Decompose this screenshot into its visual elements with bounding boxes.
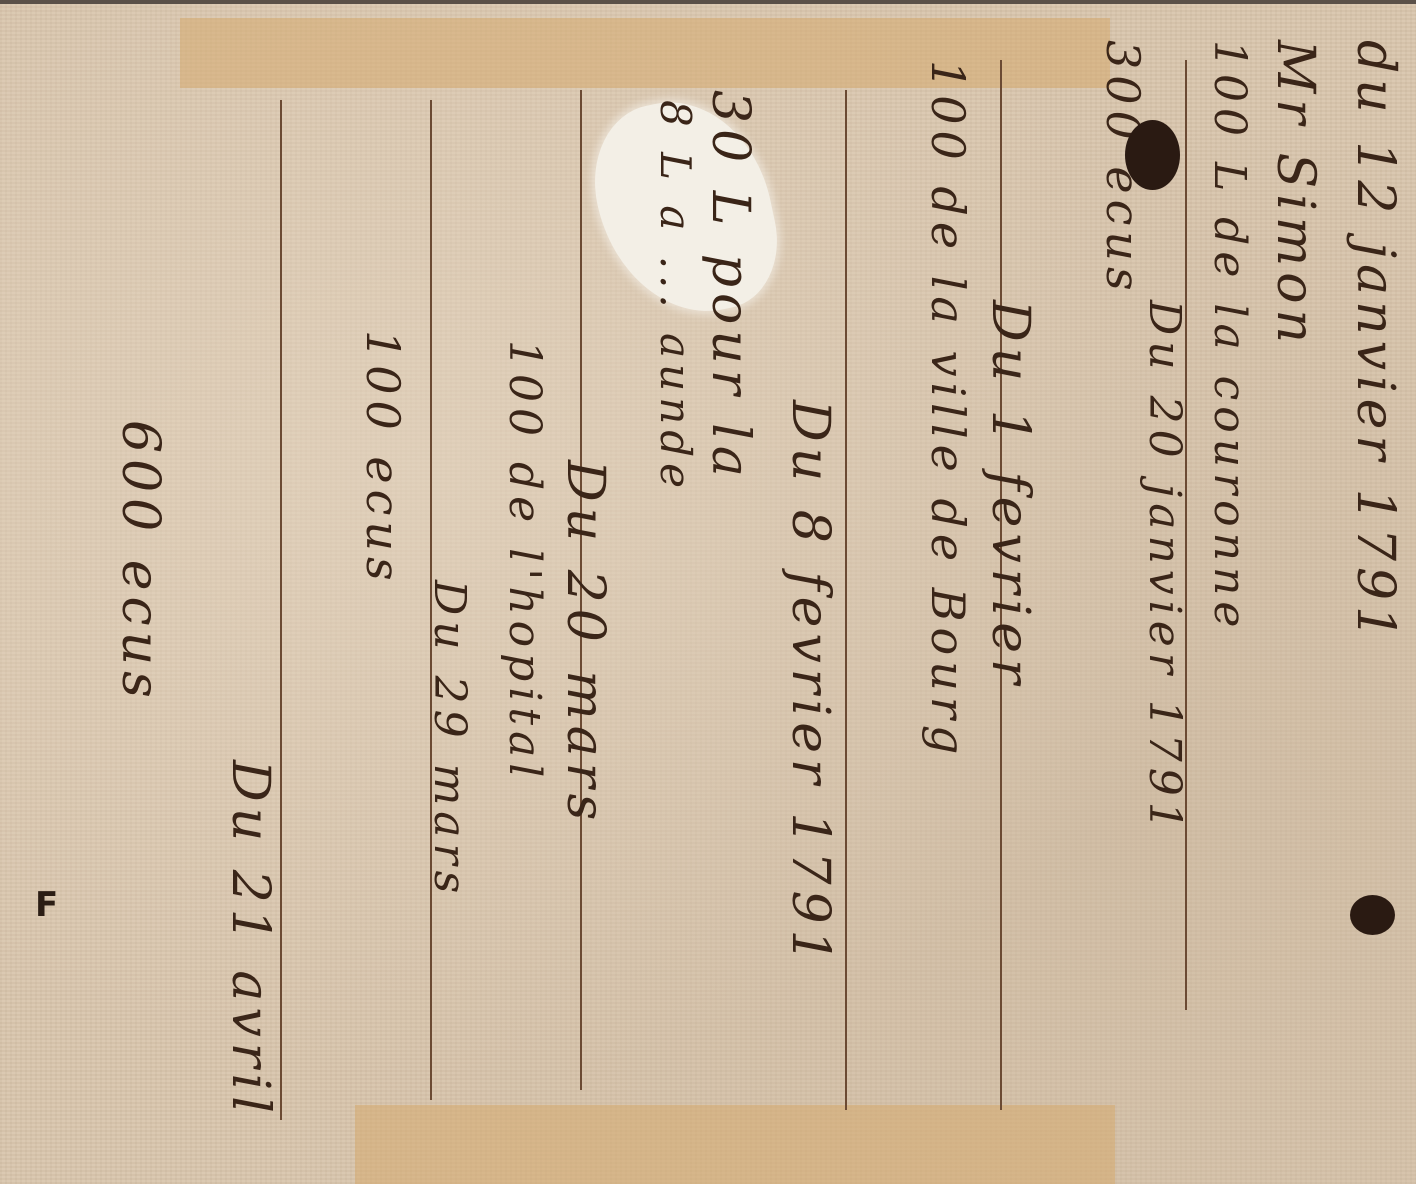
entry-line: Du 1 fevrier — [980, 0, 1040, 1184]
ruled-line — [845, 90, 847, 1110]
entry-line: 600 ecus — [110, 0, 170, 1184]
ruled-line — [280, 100, 282, 1120]
entry-line: 100 de l'hopital — [490, 0, 550, 1184]
entry-line: Du 21 avril — [220, 0, 280, 1184]
entry-line: 100 de la ville de Bourg — [915, 0, 975, 1184]
corner-mark: F — [35, 885, 58, 925]
entry-line: 30 L pour la — [700, 0, 760, 1184]
entry-line: Mr Simon — [1265, 0, 1325, 1184]
ink-blot — [1125, 120, 1180, 190]
entry-line: 100 ecus — [350, 0, 410, 1184]
entry-line: 8 L a ... aunde — [640, 0, 700, 1184]
entry-line: Du 8 fevrier 1791 — [780, 0, 840, 1184]
entry-line: 100 L de la couronne — [1195, 0, 1255, 1184]
entry-line: Du 29 mars — [415, 0, 475, 1184]
ink-blot — [1350, 895, 1395, 935]
entry-line: du 12 janvier 1791 — [1345, 0, 1405, 1184]
entry-line: Du 20 mars — [555, 0, 615, 1184]
